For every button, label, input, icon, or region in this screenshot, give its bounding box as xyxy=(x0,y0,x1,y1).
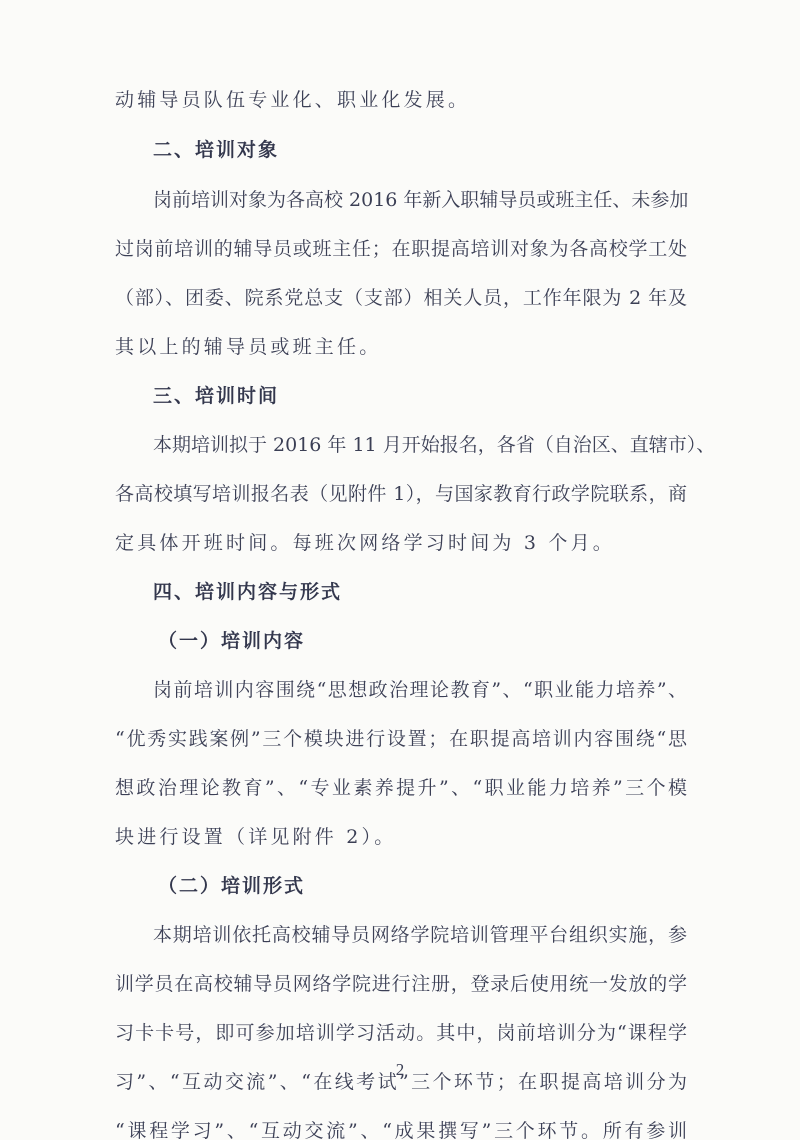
subsection-heading-form: （二）培训形式 xyxy=(158,874,730,898)
body-text-line: 其以上的辅导员或班主任。 xyxy=(115,335,687,359)
body-text-line: “优秀实践案例”三个模块进行设置；在职提高培训内容围绕“思 xyxy=(115,727,687,751)
body-text-line: 本期培训依托高校辅导员网络学院培训管理平台组织实施，参 xyxy=(153,923,687,947)
body-text-line: 训学员在高校辅导员网络学院进行注册，登录后使用统一发放的学 xyxy=(115,972,687,996)
section-heading-training-time: 三、培训时间 xyxy=(153,384,725,408)
subsection-heading-content: （一）培训内容 xyxy=(158,629,730,653)
body-text-line: 本期培训拟于 2016 年 11 月开始报名，各省（自治区、直辖市）、 xyxy=(153,433,687,457)
body-text-line: 动辅导员队伍专业化、职业化发展。 xyxy=(115,88,687,112)
document-page: 动辅导员队伍专业化、职业化发展。 二、培训对象 岗前培训对象为各高校 2016 … xyxy=(0,0,800,1140)
page-number: 2 xyxy=(390,1060,410,1080)
body-text-line: 想政治理论教育”、“专业素养提升”、“职业能力培养”三个模 xyxy=(115,776,687,800)
section-heading-training-targets: 二、培训对象 xyxy=(153,138,725,162)
body-text-line: 各高校填写培训报名表（见附件 1），与国家教育行政学院联系，商 xyxy=(115,482,687,506)
body-text-line: （部）、团委、院系党总支（支部）相关人员，工作年限为 2 年及 xyxy=(115,286,687,310)
body-text-line: 岗前培训内容围绕“思想政治理论教育”、“职业能力培养”、 xyxy=(153,678,687,702)
body-text-line: 块进行设置（详见附件 2）。 xyxy=(115,825,687,849)
section-heading-content-and-form: 四、培训内容与形式 xyxy=(153,580,725,604)
body-text-line: 岗前培训对象为各高校 2016 年新入职辅导员或班主任、未参加 xyxy=(153,188,687,212)
body-text-line: 定具体开班时间。每班次网络学习时间为 3 个月。 xyxy=(115,531,687,555)
body-text-line: 过岗前培训的辅导员或班主任；在职提高培训对象为各高校学工处 xyxy=(115,237,687,261)
body-text-line: 习卡卡号，即可参加培训学习活动。其中，岗前培训分为“课程学 xyxy=(115,1021,687,1045)
body-text-line: “课程学习”、“互动交流”、“成果撰写”三个环节。所有参训 xyxy=(115,1119,687,1140)
